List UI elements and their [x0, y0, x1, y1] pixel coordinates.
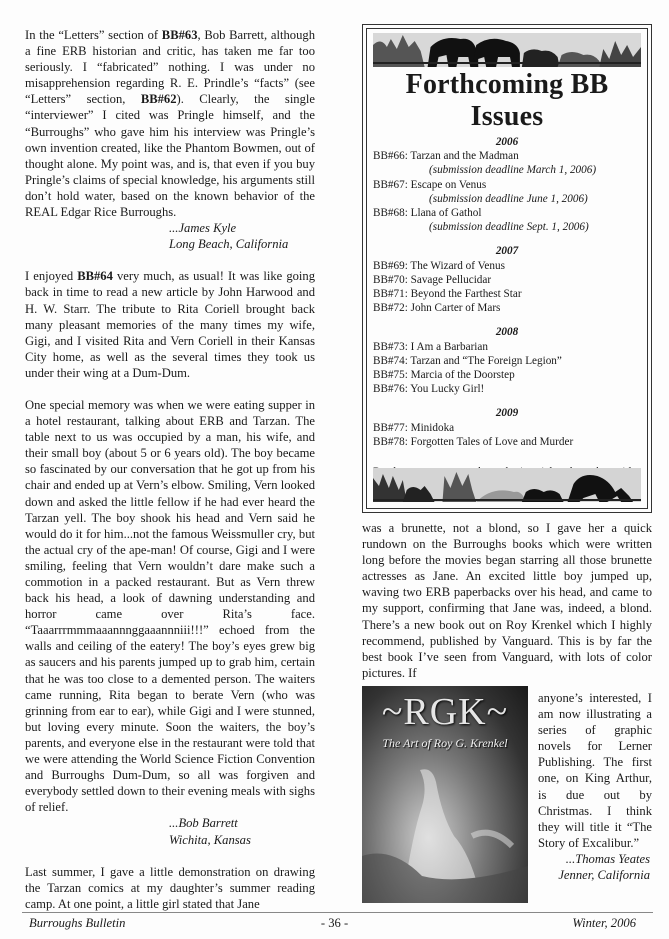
issue-item: BB#78: Forgotten Tales of Love and Murde… [373, 435, 641, 449]
location-yeates: Jenner, California [538, 867, 652, 883]
issue-deadline: (submission deadline March 1, 2006) [373, 163, 641, 177]
letter-barrett-para1: I enjoyed BB#64 very much, as usual! It … [25, 268, 315, 381]
letter-yeates-continued: was a brunette, not a blond, so I gave h… [362, 520, 652, 681]
issue-item: BB#73: I Am a Barbarian [373, 340, 641, 354]
rgk-book-cover-image: ~RGK~ The Art of Roy G. Krenkel [362, 686, 528, 903]
letter-barrett-para2: One special memory was when we were eati… [25, 397, 315, 815]
location-kyle: Long Beach, California [25, 236, 315, 252]
issue-item: BB#75: Marcia of the Doorstep [373, 368, 641, 382]
location-barrett: Wichita, Kansas [25, 832, 315, 848]
jungle-elephants-illustration-icon [373, 33, 641, 67]
jungle-figure-illustration-icon [362, 686, 528, 903]
letter-yeates-wrap: anyone’s interested, I am now illustrati… [538, 690, 652, 851]
issue-item: BB#74: Tarzan and “The Foreign Legion” [373, 354, 641, 368]
issue-item: BB#72: John Carter of Mars [373, 301, 641, 315]
jungle-dinosaurs-illustration-icon [373, 468, 641, 502]
signature-yeates: ...Thomas Yeates [538, 851, 652, 867]
issue-item: BB#76: You Lucky Girl! [373, 382, 641, 396]
issue-item: BB#67: Escape on Venus [373, 178, 641, 192]
page-number: - 36 - [0, 916, 669, 931]
issue-ref: BB#62 [141, 92, 177, 106]
issue-item: BB#70: Savage Pellucidar [373, 273, 641, 287]
signature-barrett: ...Bob Barrett [25, 815, 315, 831]
issue-item: BB#68: Llana of Gathol [373, 206, 641, 220]
letter-kyle-body: In the “Letters” section of BB#63, Bob B… [25, 27, 315, 220]
year-heading: 2009 [373, 406, 641, 420]
right-column: was a brunette, not a blond, so I gave h… [362, 520, 652, 681]
year-heading: 2008 [373, 325, 641, 339]
box-title: Forthcoming BB Issues [373, 69, 641, 133]
signature-kyle: ...James Kyle [25, 220, 315, 236]
issue-item: BB#69: The Wizard of Venus [373, 259, 641, 273]
issue-deadline: (submission deadline Sept. 1, 2006) [373, 220, 641, 234]
left-column: In the “Letters” section of BB#63, Bob B… [25, 27, 315, 912]
year-heading: 2007 [373, 244, 641, 258]
issue-item: BB#66: Tarzan and the Madman [373, 149, 641, 163]
issue-date: Winter, 2006 [572, 916, 636, 931]
letter-yeates-start: Last summer, I gave a little demonstrati… [25, 864, 315, 912]
issue-deadline: (submission deadline June 1, 2006) [373, 192, 641, 206]
issue-ref: BB#63 [162, 28, 198, 42]
issue-item: BB#77: Minidoka [373, 421, 641, 435]
footer-divider [22, 912, 653, 913]
forthcoming-issues-box: Forthcoming BB Issues 2006 BB#66: Tarzan… [362, 24, 652, 513]
wrapped-text-block: anyone’s interested, I am now illustrati… [538, 690, 652, 883]
year-heading: 2006 [373, 135, 641, 149]
issue-item: BB#71: Beyond the Farthest Star [373, 287, 641, 301]
issue-ref: BB#64 [77, 269, 113, 283]
